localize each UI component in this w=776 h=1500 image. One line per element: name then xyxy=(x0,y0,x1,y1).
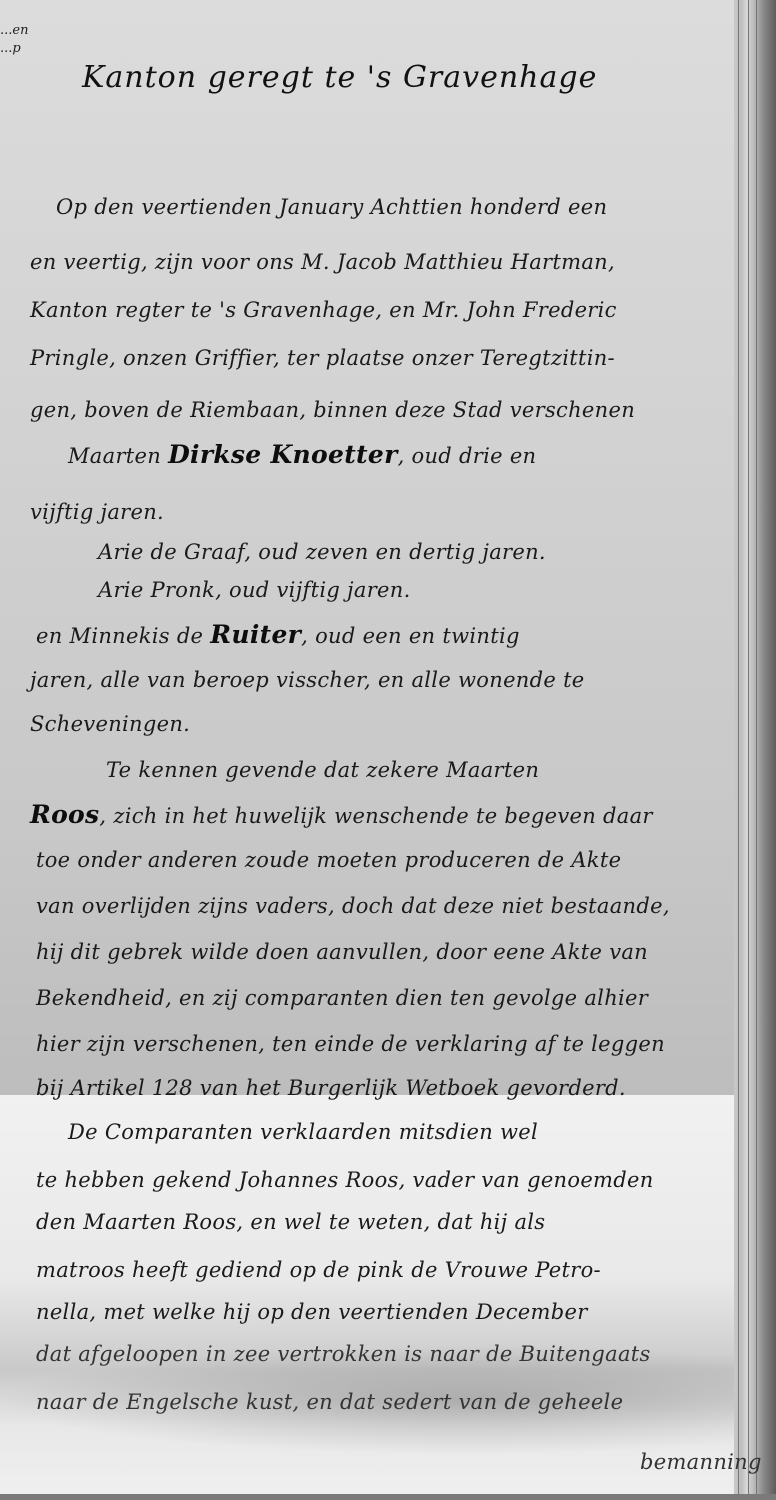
text-line: en veertig, zijn voor ons M. Jacob Matth… xyxy=(30,250,615,274)
person-name: Dirkse Knoetter xyxy=(168,440,398,469)
text-line: matroos heeft gediend op de pink de Vrou… xyxy=(36,1258,601,1282)
text-line: Pringle, onzen Griffier, ter plaatse onz… xyxy=(30,346,615,370)
text-line: Roos, zich in het huwelijk wenschende te… xyxy=(30,800,653,829)
binding-rule xyxy=(748,0,749,1500)
text-line: van overlijden zijns vaders, doch dat de… xyxy=(36,894,670,918)
text-fragment: , oud een en twintig xyxy=(301,624,520,648)
text-line: Op den veertienden January Achttien hond… xyxy=(56,195,607,219)
text-line: Scheveningen. xyxy=(30,712,190,736)
text-fragment: , oud drie en xyxy=(398,444,537,468)
text-line: en Minnekis de Ruiter, oud een en twinti… xyxy=(36,620,520,649)
text-line: vijftig jaren. xyxy=(30,500,164,524)
text-line: te hebben gekend Johannes Roos, vader va… xyxy=(36,1168,654,1192)
scanned-document-page: ...en ...p Kanton geregt te 's Gravenhag… xyxy=(0,0,776,1500)
text-fragment: , zich in het huwelijk wenschende te beg… xyxy=(99,804,652,828)
text-line: Te kennen gevende dat zekere Maarten xyxy=(106,758,539,782)
page-bottom-edge xyxy=(0,1494,776,1500)
text-line: dat afgeloopen in zee vertrokken is naar… xyxy=(36,1342,651,1366)
text-line: hier zijn verschenen, ten einde de verkl… xyxy=(36,1032,665,1056)
document-title: Kanton geregt te 's Gravenhage xyxy=(82,60,597,95)
text-line: Bekendheid, en zij comparanten dien ten … xyxy=(36,986,648,1010)
text-line: naar de Engelsche kust, en dat sedert va… xyxy=(36,1390,623,1414)
margin-note-line: ...p xyxy=(0,40,30,58)
person-name: Roos xyxy=(30,800,99,829)
margin-note-line: ...en xyxy=(0,22,30,40)
text-line: toe onder anderen zoude moeten producere… xyxy=(36,848,621,872)
text-fragment: Maarten xyxy=(68,444,168,468)
text-line: den Maarten Roos, en wel te weten, dat h… xyxy=(36,1210,545,1234)
text-line: nella, met welke hij op den veertienden … xyxy=(36,1300,588,1324)
book-binding-edge xyxy=(734,0,776,1500)
person-name: Ruiter xyxy=(210,620,301,649)
text-line: hij dit gebrek wilde doen aanvullen, doo… xyxy=(36,940,648,964)
page-lower-region xyxy=(0,1095,776,1500)
text-fragment: en Minnekis de xyxy=(36,624,210,648)
margin-note: ...en ...p xyxy=(0,22,30,58)
text-line: Arie de Graaf, oud zeven en dertig jaren… xyxy=(98,540,546,564)
text-line: Arie Pronk, oud vijftig jaren. xyxy=(98,578,411,602)
binding-rule xyxy=(756,0,757,1500)
text-line: bij Artikel 128 van het Burgerlijk Wetbo… xyxy=(36,1076,626,1100)
binding-rule xyxy=(738,0,739,1500)
text-line: De Comparanten verklaarden mitsdien wel xyxy=(68,1120,538,1144)
text-line: Maarten Dirkse Knoetter, oud drie en xyxy=(68,440,536,469)
text-line: gen, boven de Riembaan, binnen deze Stad… xyxy=(30,398,635,422)
text-line: Kanton regter te 's Gravenhage, en Mr. J… xyxy=(30,298,617,322)
text-line: jaren, alle van beroep visscher, en alle… xyxy=(30,668,585,692)
text-line: bemanning xyxy=(640,1450,762,1474)
